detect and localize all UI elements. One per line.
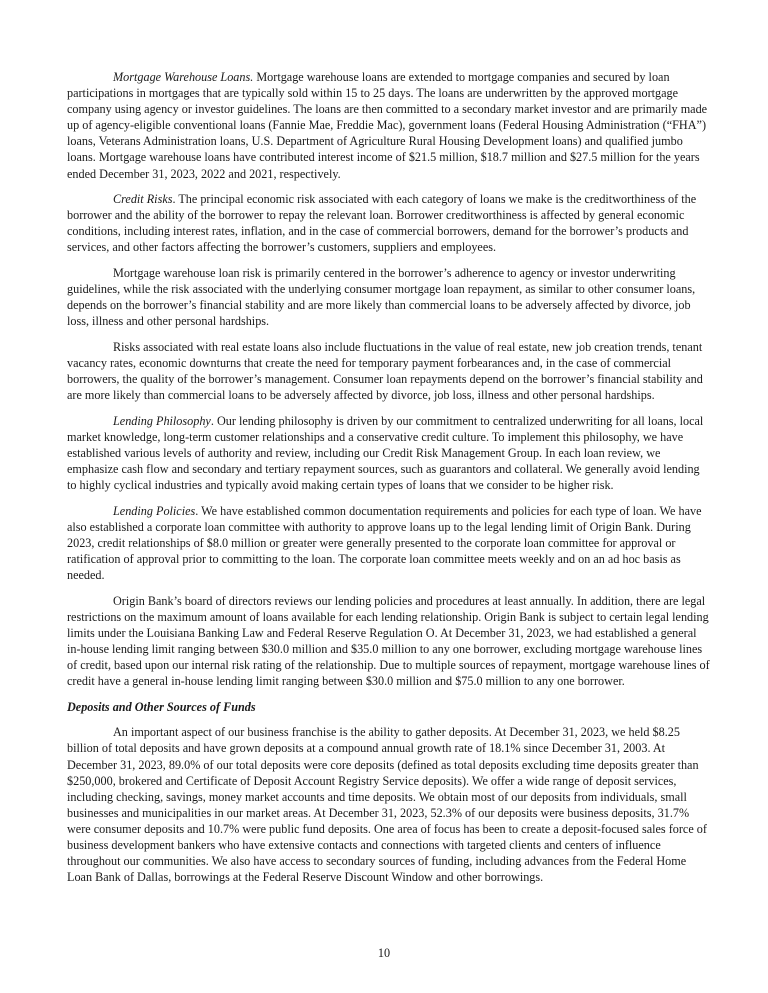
paragraph-lead: Lending Policies	[113, 504, 195, 518]
paragraph-lead: Credit Risks	[113, 192, 172, 206]
paragraph-text: Origin Bank’s board of directors reviews…	[67, 594, 710, 688]
paragraph-lending-policies: Lending Policies. We have established co…	[67, 503, 711, 583]
paragraph-lending-philosophy: Lending Philosophy. Our lending philosop…	[67, 413, 711, 493]
paragraph-real-estate-risks: Risks associated with real estate loans …	[67, 339, 711, 403]
paragraph-text: Mortgage warehouse loans are extended to…	[67, 70, 707, 181]
paragraph-lead: Mortgage Warehouse Loans.	[113, 70, 253, 84]
paragraph-credit-risks: Credit Risks. The principal economic ris…	[67, 191, 711, 255]
paragraph-text: Mortgage warehouse loan risk is primaril…	[67, 266, 695, 328]
paragraph-mortgage-warehouse-loans: Mortgage Warehouse Loans. Mortgage wareh…	[67, 69, 711, 182]
paragraph-lead: Lending Philosophy	[113, 414, 211, 428]
paragraph-mortgage-warehouse-risk: Mortgage warehouse loan risk is primaril…	[67, 265, 711, 329]
paragraph-board-review: Origin Bank’s board of directors reviews…	[67, 593, 711, 690]
paragraph-text: An important aspect of our business fran…	[67, 725, 707, 884]
section-heading-deposits: Deposits and Other Sources of Funds	[67, 699, 711, 715]
paragraph-text: Risks associated with real estate loans …	[67, 340, 703, 402]
paragraph-deposits: An important aspect of our business fran…	[67, 724, 711, 885]
page-number: 10	[0, 946, 768, 961]
document-page: Mortgage Warehouse Loans. Mortgage wareh…	[67, 69, 711, 895]
